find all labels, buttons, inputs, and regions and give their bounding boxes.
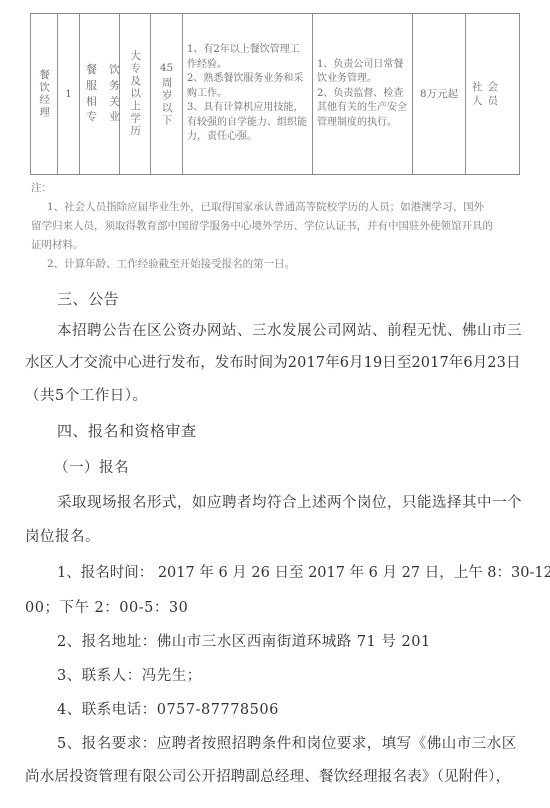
major-char: 关 bbox=[103, 95, 126, 110]
age-number: 45 bbox=[151, 61, 182, 75]
duty-item: 2、负责监督、检查其他有关的生产安全管理制度的执行。 bbox=[317, 87, 408, 131]
paragraph-line: 尚水居投资管理有限公司公开招聘副总经理、餐饮经理报名表》（见附件）， bbox=[25, 765, 510, 786]
subsection-heading: （一）报名 bbox=[54, 456, 129, 477]
requirement-item: 2、熟悉餐饮服务业务和采购工作。 bbox=[187, 72, 308, 101]
major-char: 业 bbox=[103, 110, 126, 125]
requirements-cell: 1、有2年以上餐饮管理工作经验。 2、熟悉餐饮服务业务和采购工作。 3、具有计算… bbox=[183, 14, 313, 175]
table-row: 餐饮经理 1 餐 饮 服 务 相 关 专 业 大专及以上学历 45 周岁以下 1… bbox=[31, 14, 520, 175]
duty-item: 1、负责公司日常餐饮业务管理。 bbox=[317, 58, 408, 87]
notes-label: 注： bbox=[31, 180, 52, 195]
paragraph-line: 岗位报名。 bbox=[25, 525, 100, 546]
age-cell: 45 周岁以下 bbox=[151, 14, 183, 175]
paragraph-line: 3、联系人：冯先生； bbox=[57, 664, 202, 685]
note-line: 留学归来人员，须取得教育部中国留学服务中心境外学历、学位认证书，并有中国驻外使领… bbox=[31, 218, 493, 233]
section-heading: 四、报名和资格审查 bbox=[57, 420, 197, 441]
note-line: 2、计算年龄、工作经验截至开始接受报名的第一日。 bbox=[47, 256, 295, 271]
count-cell: 1 bbox=[58, 14, 80, 175]
major-cell: 餐 饮 服 务 相 关 专 业 bbox=[80, 14, 120, 175]
requirement-item: 1、有2年以上餐饮管理工作经验。 bbox=[187, 43, 308, 72]
recruitment-table: 餐饮经理 1 餐 饮 服 务 相 关 专 业 大专及以上学历 45 周岁以下 1… bbox=[30, 13, 520, 175]
salary: 8万元起 bbox=[420, 88, 458, 100]
education-requirement: 大专及以上学历 bbox=[128, 50, 142, 138]
requirement-item: 3、具有计算机应用技能，有较强的自学能力、组织能力，责任心强。 bbox=[187, 101, 308, 145]
paragraph-line: 1、报名时间： 2017 年 6 月 26 日至 2017 年 6 月 27 日… bbox=[57, 561, 550, 582]
paragraph-line: 00；下午 2：00-5：30 bbox=[25, 596, 188, 617]
target-group: 社会人员 bbox=[472, 81, 503, 107]
note-line: 证明材料。 bbox=[31, 237, 84, 252]
paragraph-line: 4、联系电话：0757-87778506 bbox=[57, 698, 279, 719]
note-line: 1、社会人员指除应届毕业生外，已取得国家承认普通高等院校学历的人员；如港澳学习、… bbox=[47, 199, 484, 214]
major-char: 专 bbox=[80, 110, 103, 125]
salary-cell: 8万元起 bbox=[413, 14, 466, 175]
headcount: 1 bbox=[65, 88, 72, 100]
paragraph-line: （共5个工作日）。 bbox=[25, 384, 147, 405]
age-text: 周岁以下 bbox=[159, 77, 173, 127]
major-char: 相 bbox=[80, 95, 103, 110]
section-heading: 三、公告 bbox=[57, 288, 119, 309]
target-cell: 社会人员 bbox=[466, 14, 520, 175]
major-char: 餐 bbox=[80, 63, 103, 78]
major-char: 务 bbox=[103, 79, 126, 94]
paragraph-line: 5、报名要求：应聘者按照招聘条件和岗位要求，填写《佛山市三水区 bbox=[57, 732, 517, 753]
major-requirement: 餐 饮 服 务 相 关 专 业 bbox=[80, 63, 126, 125]
position-name: 餐饮经理 bbox=[37, 69, 51, 119]
paragraph-line: 采取现场报名形式，如应聘者均符合上述两个岗位，只能选择其中一个 bbox=[57, 491, 522, 512]
paragraph-line: 2、报名地址：佛山市三水区西南街道环城路 71 号 201 bbox=[57, 630, 431, 651]
position-cell: 餐饮经理 bbox=[31, 14, 58, 175]
major-char: 服 bbox=[80, 79, 103, 94]
paragraph-line: 本招聘公告在区公资办网站、三水发展公司网站、前程无忧、佛山市三 bbox=[57, 319, 522, 340]
major-char: 饮 bbox=[103, 63, 126, 78]
duties-cell: 1、负责公司日常餐饮业务管理。 2、负责监督、检查其他有关的生产安全管理制度的执… bbox=[313, 14, 413, 175]
paragraph-line: 水区人才交流中心进行发布，发布时间为2017年6月19日至2017年6月23日 bbox=[25, 351, 521, 372]
